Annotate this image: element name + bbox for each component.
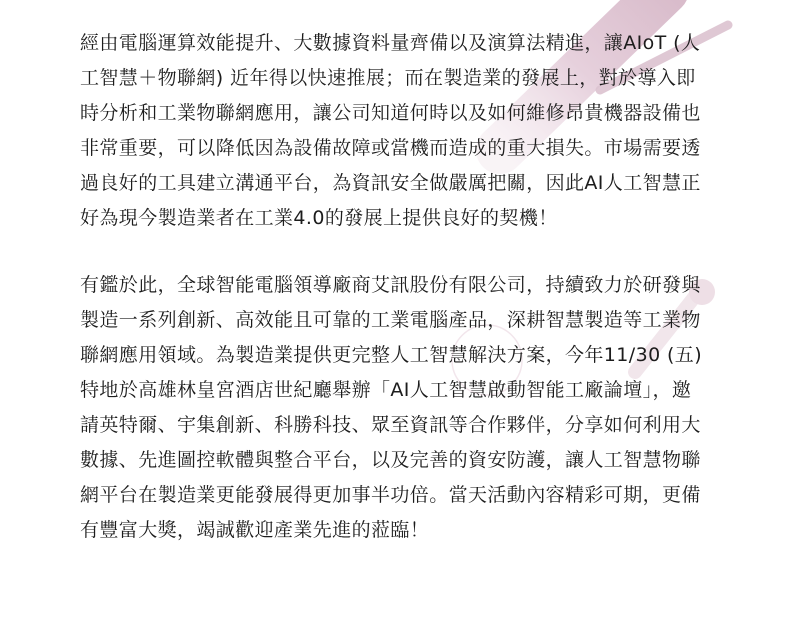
text-line: 請英特爾、宇集創新、科勝科技、眾至資訊等合作夥伴，分享如何利用大: [80, 408, 730, 443]
text-line: 特地於高雄林皇宮酒店世紀廳舉辦「AI人工智慧啟動智能工廠論壇」，邀: [80, 373, 730, 408]
text-line: 數據、先進圖控軟體與整合平台，以及完善的資安防護，讓人工智慧物聯: [80, 443, 730, 478]
text-line: 製造一系列創新、高效能且可靠的工業電腦產品，深耕智慧製造等工業物: [80, 303, 730, 338]
article-body: 經由電腦運算效能提升、大數據資料量齊備以及演算法精進，讓AIoT (人 工智慧＋…: [80, 26, 730, 548]
text-line: 時分析和工業物聯網應用，讓公司知道何時以及如何維修昂貴機器設備也: [80, 96, 730, 131]
text-line: 好為現今製造業者在工業4.0的發展上提供良好的契機！: [80, 201, 730, 236]
text-line: 有鑑於此，全球智能電腦領導廠商艾訊股份有限公司，持續致力於研發與: [80, 268, 730, 303]
text-line: 非常重要，可以降低因為設備故障或當機而造成的重大損失。市場需要透: [80, 131, 730, 166]
text-line: 聯網應用領域。為製造業提供更完整人工智慧解決方案，今年11/30 (五): [80, 338, 730, 373]
text-line: 網平台在製造業更能發展得更加事半功倍。當天活動內容精彩可期，更備: [80, 478, 730, 513]
text-line: 經由電腦運算效能提升、大數據資料量齊備以及演算法精進，讓AIoT (人: [80, 26, 730, 61]
text-line: 有豐富大獎，竭誠歡迎產業先進的蒞臨！: [80, 513, 730, 548]
text-line: 過良好的工具建立溝通平台，為資訊安全做嚴厲把關，因此AI人工智慧正: [80, 166, 730, 201]
paragraph-event: 有鑑於此，全球智能電腦領導廠商艾訊股份有限公司，持續致力於研發與 製造一系列創新…: [80, 268, 730, 548]
paragraph-intro: 經由電腦運算效能提升、大數據資料量齊備以及演算法精進，讓AIoT (人 工智慧＋…: [80, 26, 730, 236]
text-line: 工智慧＋物聯網) 近年得以快速推展；而在製造業的發展上，對於導入即: [80, 61, 730, 96]
